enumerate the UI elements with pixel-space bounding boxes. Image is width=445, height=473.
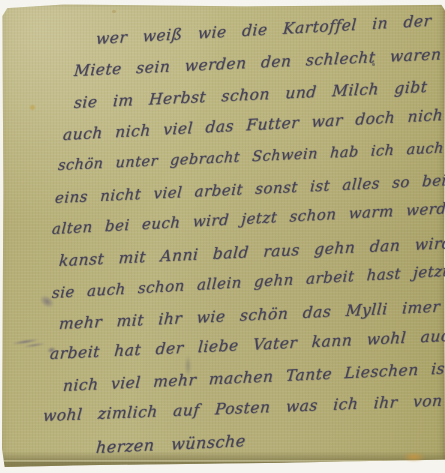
handwriting-line: schön unter gebracht Schwein hab ich auc… <box>57 138 445 174</box>
handwriting-line: arbeit hat der liebe Vater kann wohl auc… <box>49 326 445 363</box>
handwriting-line: nich viel mehr machen Tante Lieschen ist <box>62 359 445 395</box>
handwriting-line: sie im Herbst schon und Milch gibt <box>73 78 428 112</box>
handwriting-block: wer weiß wie die Kartoffel in der Miete … <box>0 0 445 473</box>
handwriting-line: herzen wünsche <box>95 431 246 457</box>
handwriting-line: auch nich viel das Futter war doch nich <box>62 106 443 144</box>
handwriting-line: mehr mit ihr wie schön das Mylli imer <box>58 298 441 333</box>
handwriting-line: sie auch schon allein gehn arbeit hast j… <box>51 262 445 302</box>
handwriting-line: Miete sein werden den schlecht waren <box>73 45 442 80</box>
handwriting-line: wer weiß wie die Kartoffel in der <box>95 12 432 48</box>
letter-scan: wer weiß wie die Kartoffel in der Miete … <box>0 0 445 473</box>
handwriting-line: wohl zimlich auf Posten was ich ihr von <box>42 392 443 425</box>
